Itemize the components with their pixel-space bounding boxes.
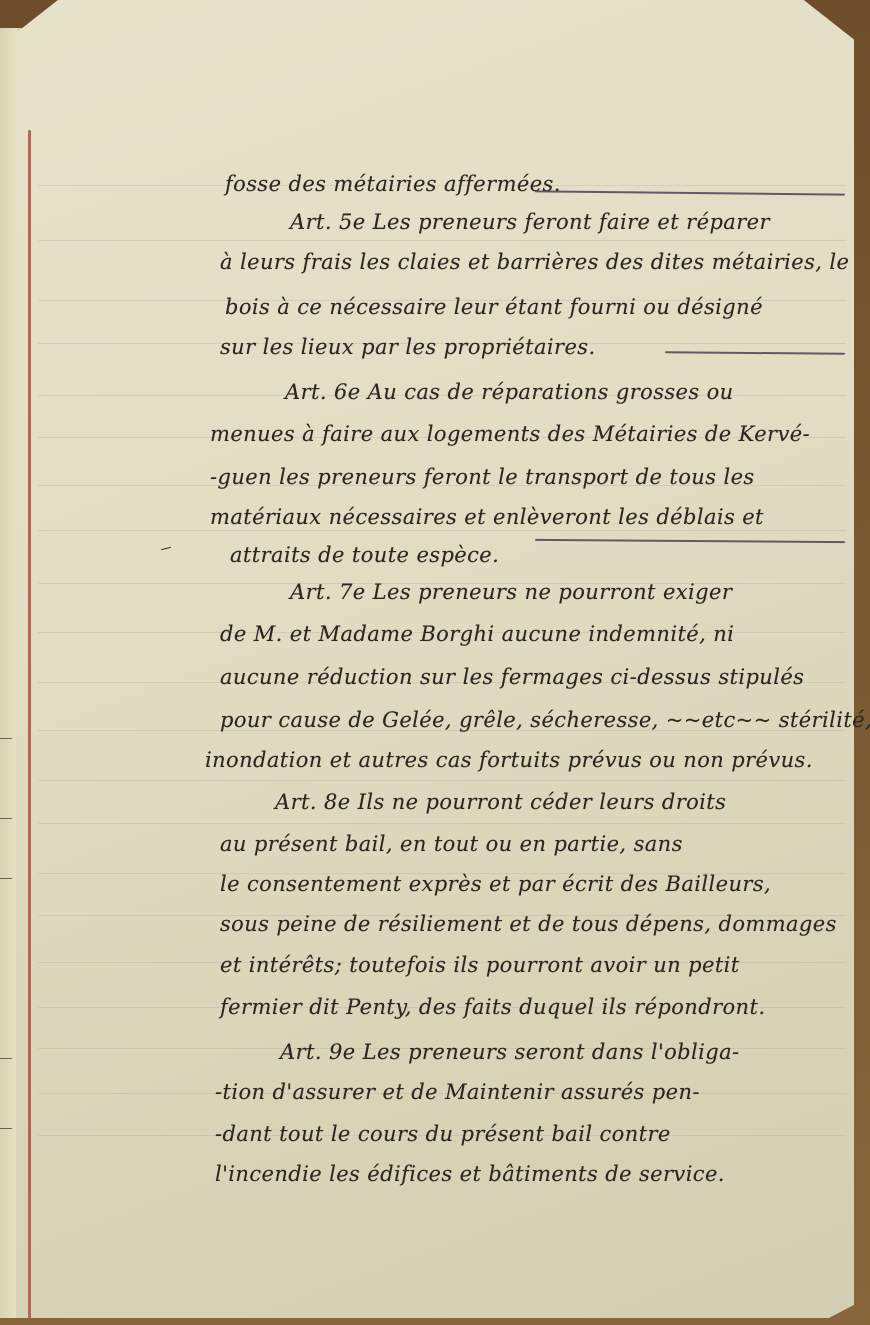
article-6-heading-line: Art. 6e Au cas de réparations grosses ou <box>285 380 734 404</box>
article-8-heading-line: Art. 8e Ils ne pourront céder leurs droi… <box>275 790 726 814</box>
text-line: le consentement exprès et par écrit des … <box>220 872 771 896</box>
text-line: -tion d'assurer et de Maintenir assurés … <box>215 1080 700 1104</box>
text-line: pour cause de Gelée, grêle, sécheresse, … <box>220 708 870 732</box>
facing-page-ink-mark <box>0 738 12 739</box>
ruled-line <box>38 823 846 824</box>
article-9-heading-line: Art. 9e Les preneurs seront dans l'oblig… <box>280 1040 740 1064</box>
text-line: matériaux nécessaires et enlèveront les … <box>210 505 764 529</box>
text-line: de M. et Madame Borghi aucune indemnité,… <box>220 622 734 646</box>
scanned-document-scene: fosse des métairies affermées. Art. 5e L… <box>0 0 870 1325</box>
text-line: menues à faire aux logements des Métairi… <box>210 422 810 446</box>
text-line: au présent bail, en tout ou en partie, s… <box>220 832 683 856</box>
facing-page-ink-mark <box>0 1058 12 1059</box>
text-line: attraits de toute espèce. <box>230 543 499 567</box>
text-line: bois à ce nécessaire leur étant fourni o… <box>225 295 763 319</box>
stray-ink-mark <box>161 547 171 551</box>
text-line: -dant tout le cours du présent bail cont… <box>215 1122 671 1146</box>
facing-page-ink-mark <box>0 818 12 819</box>
article-5-heading-line: Art. 5e Les preneurs feront faire et rép… <box>290 210 770 234</box>
ruled-line <box>38 240 846 241</box>
article-7-heading-line: Art. 7e Les preneurs ne pourront exiger <box>290 580 732 604</box>
text-line: l'incendie les édifices et bâtiments de … <box>215 1162 725 1186</box>
text-line: sur les lieux par les propriétaires. <box>220 335 596 359</box>
text-line: aucune réduction sur les fermages ci-des… <box>220 665 804 689</box>
text-line: fosse des métairies affermées. <box>225 172 561 196</box>
text-line: inondation et autres cas fortuits prévus… <box>205 748 813 772</box>
ruled-line <box>38 780 846 781</box>
text-line: -guen les preneurs feront le transport d… <box>210 465 755 489</box>
text-line: à leurs frais les claies et barrières de… <box>220 250 849 274</box>
facing-page-ink-mark <box>0 878 12 879</box>
ruled-line <box>38 530 846 531</box>
red-margin-line <box>28 130 31 1320</box>
facing-page-ink-mark <box>0 1128 12 1129</box>
manuscript-page <box>16 0 854 1318</box>
text-line: et intérêts; toutefois ils pourront avoi… <box>220 953 740 977</box>
text-line: fermier dit Penty, des faits duquel ils … <box>220 995 765 1019</box>
text-line: sous peine de résiliement et de tous dép… <box>220 912 837 936</box>
